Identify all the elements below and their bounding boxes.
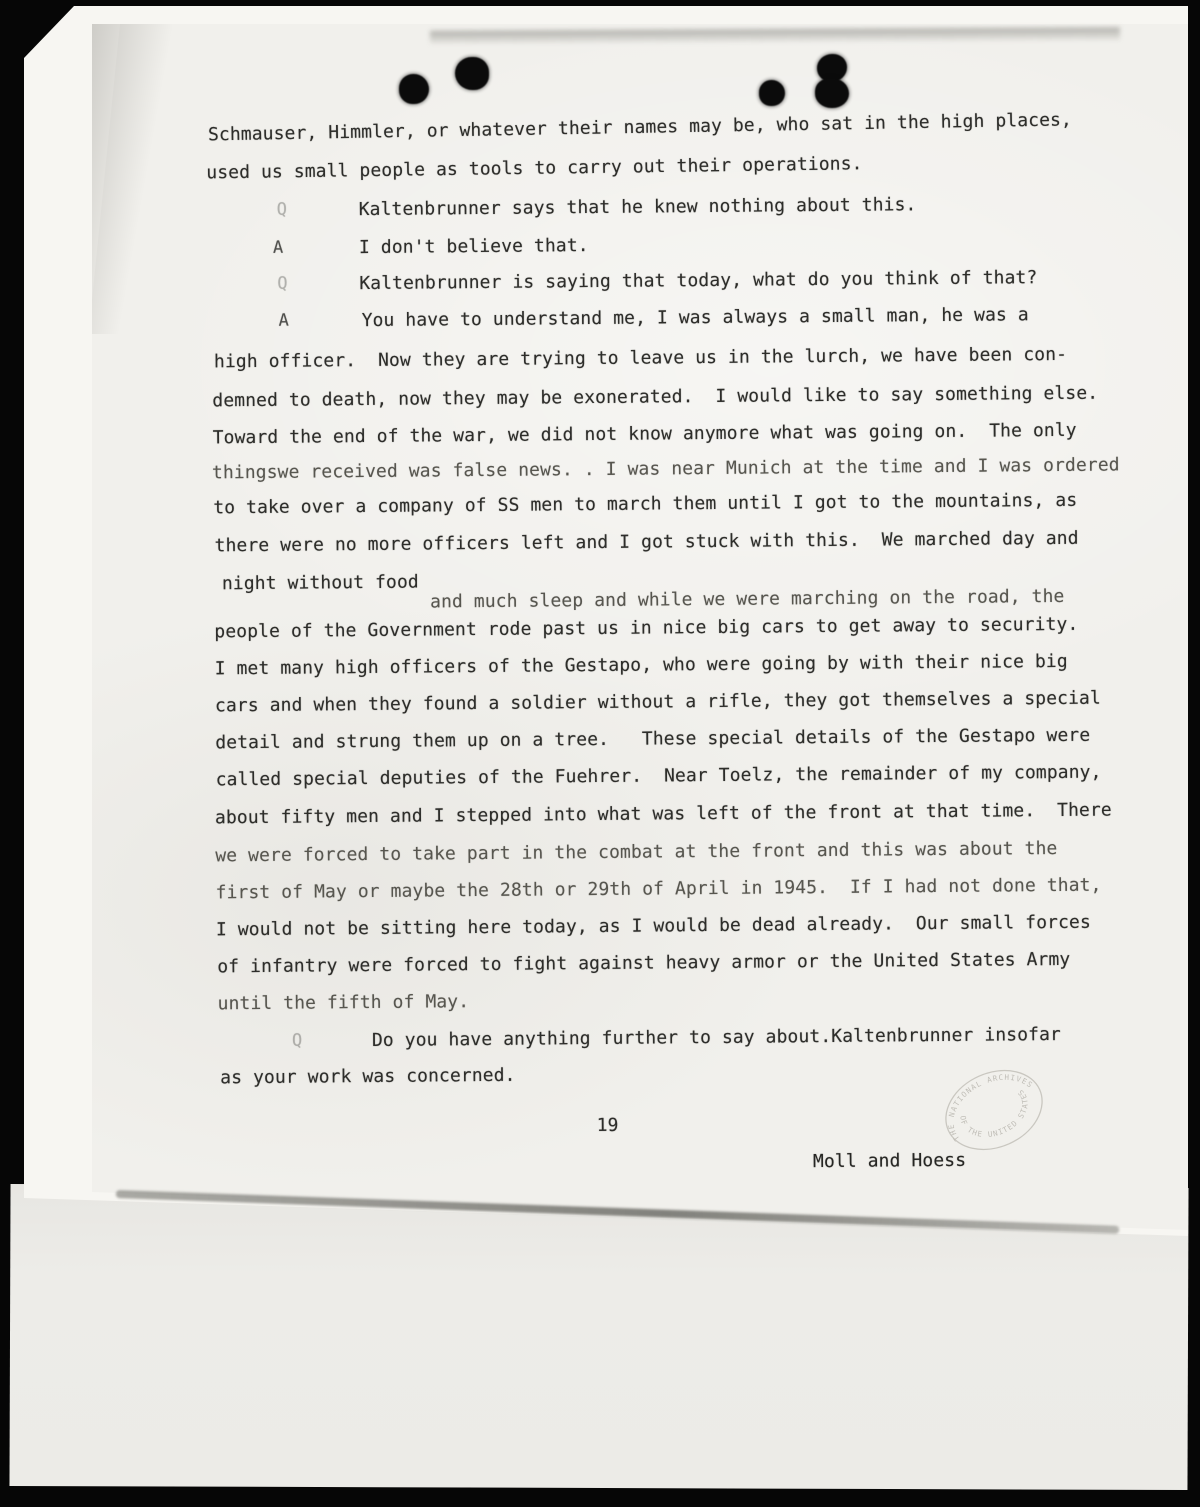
- ink-blot-1: [399, 74, 429, 104]
- transcript-line: about fifty men and I stepped into what …: [215, 800, 1112, 829]
- question-marker: Q: [277, 274, 288, 294]
- transcript-line: called special deputies of the Fuehrer. …: [216, 762, 1102, 791]
- ink-blot-3: [759, 80, 785, 106]
- ink-blot-2: [455, 57, 489, 90]
- transcript-line: thingswe received was false news. . I wa…: [212, 454, 1120, 483]
- transcript-line: I would not be sitting here today, as I …: [216, 912, 1091, 941]
- transcript-line: demned to death, now they may be exonera…: [212, 383, 1098, 412]
- transcript-line: I don't believe that.: [359, 235, 589, 258]
- transcript-line: as your work was concerned.: [220, 1065, 515, 1089]
- transcript-line: Toward the end of the war, we did not kn…: [213, 420, 1077, 449]
- transcript-line: first of May or maybe the 28th or 29th o…: [216, 875, 1102, 904]
- question-marker: Q: [292, 1031, 303, 1051]
- transcript-line: to take over a company of SS men to marc…: [213, 490, 1077, 519]
- answer-marker: A: [279, 311, 290, 331]
- scanned-document-page: Schmauser, Himmler, or whatever their na…: [0, 0, 1200, 1507]
- transcript-line: I met many high officers of the Gestapo,…: [215, 651, 1068, 679]
- transcript-line: Kaltenbrunner is saying that today, what…: [359, 267, 1037, 294]
- ink-blot-4-bottom: [815, 78, 849, 108]
- transcript-line: of infantry were forced to fight against…: [217, 949, 1070, 977]
- transcript-line: used us small people as tools to carry o…: [206, 153, 862, 183]
- transcript-line: night without food: [222, 572, 419, 595]
- transcript-line: Do you have anything further to say abou…: [372, 1024, 1061, 1051]
- transcript-line: and much sleep and while we were marchin…: [430, 586, 1065, 613]
- transcript-line: You have to understand me, I was always …: [362, 304, 1029, 331]
- transcript-line: cars and when they found a soldier witho…: [215, 688, 1101, 717]
- transcript-line: until the fifth of May.: [218, 991, 470, 1014]
- transcript-line: Schmauser, Himmler, or whatever their na…: [208, 109, 1072, 145]
- transcript-line: detail and strung them up on a tree. The…: [215, 725, 1090, 754]
- transcript-line: high officer. Now they are trying to lea…: [214, 344, 1067, 372]
- transcript-line: Kaltenbrunner says that he knew nothing …: [359, 194, 917, 220]
- question-marker: Q: [277, 200, 288, 220]
- national-archives-stamp: THE NATIONAL ARCHIVES OF THE UNITED STAT…: [938, 1062, 1050, 1158]
- answer-marker: A: [273, 238, 284, 258]
- transcript-line: there were no more officers left and I g…: [215, 528, 1079, 557]
- page-number: 19: [597, 1115, 619, 1136]
- transcript: Schmauser, Himmler, or whatever their na…: [0, 0, 1200, 1225]
- transcript-line: people of the Government rode past us in…: [214, 614, 1078, 643]
- transcript-line: we were forced to take part in the comba…: [215, 838, 1057, 866]
